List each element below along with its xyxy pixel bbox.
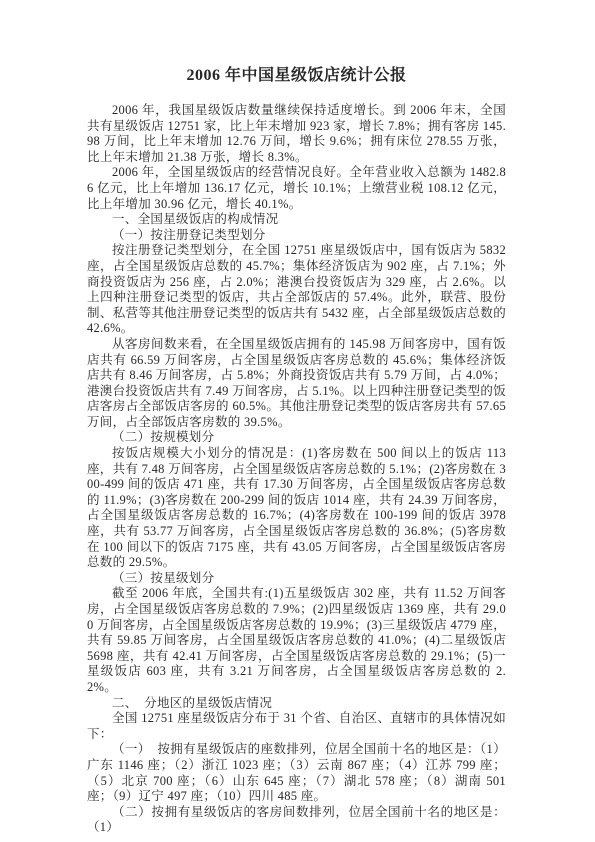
- para-revenue: 2006 年，全国星级饭店的经营情况良好。全年营业收入总额为 1482.86 亿…: [87, 165, 506, 212]
- para-registration-hotels: 按注册登记类型划分，在全国 12751 座星级饭店中，国有饭店为 5832 座，…: [87, 243, 506, 337]
- subheading-registration: （一）按注册登记类型划分: [87, 228, 506, 244]
- subheading-scale: （二）按规模划分: [87, 430, 506, 446]
- para-top10-by-hotels: （一） 按拥有星级饭店的座数排列，位居全国前十名的地区是：（1）广东 1146 …: [87, 742, 506, 804]
- para-registration-rooms: 从客房间数来看，在全国星级饭店拥有的 145.98 万间客房中，国有饭店共有 6…: [87, 337, 506, 431]
- para-top10-by-rooms: （二）按拥有星级饭店的客房间数排列，位居全国前十名的地区是：（1）: [87, 805, 506, 836]
- document-page: 2006 年中国星级饭店统计公报 2006 年，我国星级饭店数量继续保持适度增长…: [0, 0, 595, 842]
- para-star-breakdown: 截至 2006 年底，全国共有:(1)五星级饭店 302 座，共有 11.52 …: [87, 586, 506, 695]
- document-title: 2006 年中国星级饭店统计公报: [87, 66, 506, 86]
- para-overview: 2006 年，我国星级饭店数量继续保持适度增长。到 2006 年末，全国共有星级…: [87, 103, 506, 165]
- para-scale-breakdown: 按饭店规模大小划分的情况是：(1)客房数在 500 间以上的饭店 113 座，共…: [87, 446, 506, 571]
- heading-section-1: 一、全国星级饭店的构成情况: [87, 212, 506, 228]
- subheading-star-rating: （三）按星级划分: [87, 571, 506, 587]
- para-distribution-intro: 全国 12751 座星级饭店分布于 31 个省、自治区、直辖市的具体情况如下：: [87, 711, 506, 742]
- heading-section-2: 二、 分地区的星级饭店情况: [87, 696, 506, 712]
